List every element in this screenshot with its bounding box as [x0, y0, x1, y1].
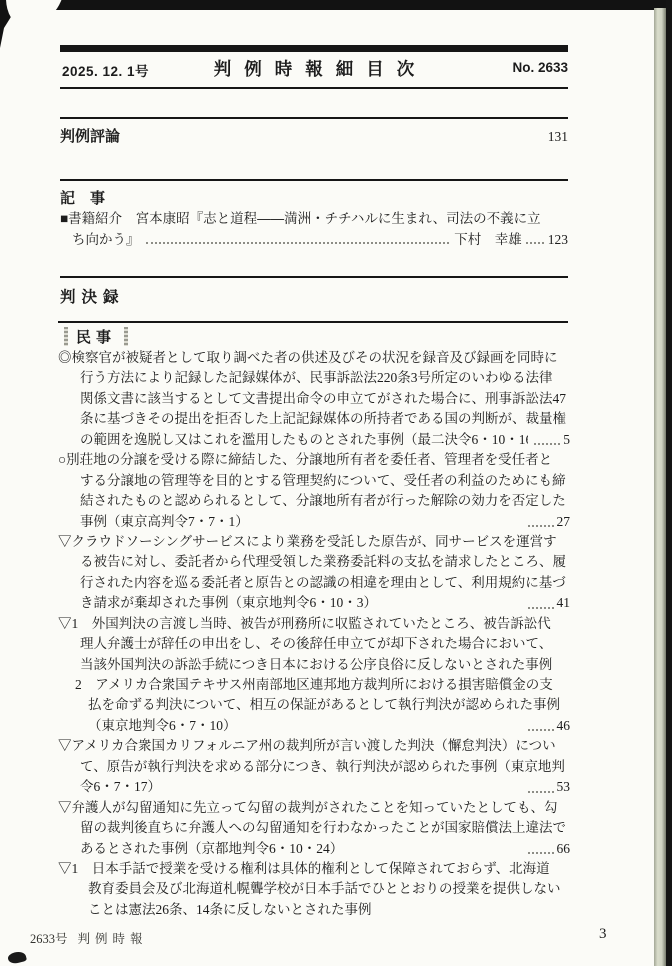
dotted-leader [528, 852, 554, 854]
toc-line-text: ▽1 日本手話で授業を受ける権利は具体的権利として保障されておらず、北海道 [58, 859, 550, 879]
toc-page-number: 46 [557, 716, 571, 736]
review-section-label: 判例評論 [60, 125, 120, 146]
dotted-leader [528, 525, 554, 527]
toc-line: 結されたものと認められるとして、分譲地所有者が行った解除の効力を否定した [58, 491, 570, 511]
toc-line-text: の範囲を逸脱し又はこれを濫用したものとされた事例（最二決令6・10・16） [80, 430, 546, 450]
header-top-rule [60, 45, 568, 52]
toc-line-text: 事例（東京高判令7・7・1） [80, 512, 249, 532]
toc-line: （東京地判令6・7・10）46 [58, 716, 570, 736]
toc-line-text: 留の裁判後直ちに弁護人への勾留通知を行わなかったことが国家賠償法上違法で [80, 818, 566, 838]
toc-line-text: ○別荘地の分譲を受ける際に締結した、分譲地所有者を委任者、管理者を受任者と [58, 450, 552, 470]
header-bottom-rule [60, 87, 568, 89]
toc-line: 関係文書に該当するとして文書提出命令の申立てがされた場合に、刑事訴訟法47 [58, 389, 570, 409]
toc-line-text: 結されたものと認められるとして、分譲地所有者が行った解除の効力を否定した [80, 491, 566, 511]
articles-section-label: 記 事 [60, 187, 105, 208]
page-number-wrap: 27 [522, 512, 571, 532]
toc-page-number: 66 [557, 839, 571, 859]
toc-line: 理人弁護士が辞任の申出をし、その後辞任申立てが却下された場合において、 [58, 634, 570, 654]
toc-line-text: ▽弁護人が勾留通知に先立って勾留の裁判がされたことを知っていたとしても、勾 [58, 798, 558, 818]
toc-line: き請求が棄却された事例（東京地判令6・10・3）41 [58, 593, 570, 613]
toc-line: の範囲を逸脱し又はこれを濫用したものとされた事例（最二決令6・10・16）5 [58, 430, 570, 450]
label-side-bar [124, 327, 128, 346]
issue-number: No. 2633 [512, 60, 568, 75]
toc-line-text: ◎検察官が被疑者として取り調べた者の供述及びその状況を録音及び録画を同時に [58, 348, 558, 368]
footer-journal-title: 判例時報 [78, 932, 148, 946]
toc-line: ▽1 日本手話で授業を受ける権利は具体的権利として保障されておらず、北海道 [58, 859, 570, 879]
toc-line-text: 当該外国判決の訴訟手続につき日本における公序良俗に反しないとされた事例 [80, 655, 552, 675]
article-page-number: 123 [548, 232, 568, 248]
dotted-leader [534, 443, 560, 445]
page-number-wrap: 53 [522, 777, 571, 797]
book-intro-line1: ■書籍紹介 宮本康昭『志と道程——満洲・チチハルに生まれ、司法の不義に立 [60, 207, 568, 227]
footer-issue: 2633号 [30, 932, 68, 946]
toc-page-number: 53 [557, 777, 571, 797]
book-author: 下村 幸雄 [454, 228, 522, 248]
toc-line-text: 行う方法により記録した記録媒体が、民事訴訟法220条3号所定のいわゆる法律 [80, 368, 553, 388]
toc-line: ○別荘地の分譲を受ける際に締結した、分譲地所有者を委任者、管理者を受任者と [58, 450, 570, 470]
scanned-toc-page: 2025. 12. 1号 判例時報細目次 No. 2633 判例評論 131 記… [0, 0, 672, 966]
toc-line-text: 関係文書に該当するとして文書提出命令の申立てがされた場合に、刑事訴訟法47 [80, 389, 566, 409]
toc-line-text: ▽クラウドソーシングサービスにより業務を受託した原告が、同サービスを運営す [58, 532, 557, 552]
records-section-label: 判決録 [60, 285, 125, 307]
running-footer: 2633号判例時報 [30, 929, 148, 947]
toc-page-number: 41 [557, 593, 571, 613]
toc-item-list: ◎検察官が被疑者として取り調べた者の供述及びその状況を録音及び録画を同時に行う方… [58, 348, 570, 920]
toc-line-text: る被告に対し、委託者から代理受領した業務委託料の支払を請求したところ、履 [80, 552, 566, 572]
toc-page-number: 5 [563, 430, 570, 450]
toc-line: する分譲地の管理等を目的とする管理契約について、受任者の利益のためにも締 [58, 471, 570, 491]
scan-artifact-top-bar [0, 0, 672, 10]
toc-line: 事例（東京高判令7・7・1）27 [58, 512, 570, 532]
page-number-wrap: 5 [528, 430, 570, 450]
toc-line-text: 払を命ずる判決について、相互の保証があるとして執行判決が認められた事例 [88, 695, 560, 715]
toc-line-text: あるとされた事例（京都地判令6・10・24） [80, 839, 343, 859]
toc-line: あるとされた事例（京都地判令6・10・24）66 [58, 839, 570, 859]
toc-line-text: き請求が棄却された事例（東京地判令6・10・3） [80, 593, 377, 613]
civil-subsection-rule [58, 321, 568, 323]
divider-rule [60, 276, 568, 278]
toc-line-text: する分譲地の管理等を目的とする管理契約について、受任者の利益のためにも締 [80, 471, 565, 491]
toc-line: 条に基づきその提出を拒否した上記記録媒体の所持者である国の判断が、裁量権 [58, 409, 570, 429]
toc-line-text: 令6・7・17） [80, 777, 161, 797]
page-title: 判例時報細目次 [60, 56, 568, 81]
toc-line: 2 アメリカ合衆国テキサス州南部地区連邦地方裁判所における損害賠償金の支 [58, 675, 570, 695]
toc-line: ◎検察官が被疑者として取り調べた者の供述及びその状況を録音及び録画を同時に [58, 348, 570, 368]
toc-line-text: 行された内容を巡る委託者と原告との認識の相違を理由として、利用規約に基づ [80, 573, 566, 593]
toc-line: ▽クラウドソーシングサービスにより業務を受託した原告が、同サービスを運営す [58, 532, 570, 552]
page-number-wrap: 41 [522, 593, 571, 613]
dotted-leader [146, 242, 450, 244]
header: 2025. 12. 1号 判例時報細目次 No. 2633 [60, 56, 568, 82]
toc-line-text: 理人弁護士が辞任の申出をし、その後辞任申立てが却下された場合において、 [80, 634, 552, 654]
toc-line-text: （東京地判令6・7・10） [88, 716, 237, 736]
review-page-number: 131 [548, 129, 568, 145]
toc-line: 行された内容を巡る委託者と原告との認識の相違を理由として、利用規約に基づ [58, 573, 570, 593]
divider-rule [60, 179, 568, 181]
page-number-wrap: 46 [522, 716, 571, 736]
toc-page-number: 27 [557, 512, 571, 532]
page-edge-strip [654, 8, 666, 966]
book-intro-line2-row: ち向かう』 下村 幸雄 123 [60, 228, 568, 248]
scan-artifact-notch [6, 0, 64, 26]
review-section-row: 判例評論 131 [60, 125, 568, 146]
toc-line: ▽1 外国判決の言渡し当時、被告が刑務所に収監されていたところ、被告訴訟代 [58, 614, 570, 634]
folio-page-number: 3 [599, 926, 607, 943]
toc-line: ▽アメリカ合衆国カリフォルニア州の裁判所が言い渡した判決（懈怠判決）につい [58, 736, 570, 756]
toc-line: 留の裁判後直ちに弁護人への勾留通知を行わなかったことが国家賠償法上違法で [58, 818, 570, 838]
toc-line-text: ▽アメリカ合衆国カリフォルニア州の裁判所が言い渡した判決（懈怠判決）につい [58, 736, 556, 756]
toc-line-text: 条に基づきその提出を拒否した上記記録媒体の所持者である国の判断が、裁量権 [80, 409, 566, 429]
divider-rule [60, 117, 568, 119]
toc-line: 教育委員会及び北海道札幌聾学校が日本手話でひととおりの授業を提供しない [58, 879, 570, 899]
toc-line: 払を命ずる判決について、相互の保証があるとして執行判決が認められた事例 [58, 695, 570, 715]
toc-line: る被告に対し、委託者から代理受領した業務委託料の支払を請求したところ、履 [58, 552, 570, 572]
scan-artifact-corner-bottom-left [7, 950, 27, 965]
toc-line-text: て、原告が執行判決を求める部分につき、執行判決が認められた事例（東京地判 [80, 757, 565, 777]
toc-line: 令6・7・17）53 [58, 777, 570, 797]
toc-line: ▽弁護人が勾留通知に先立って勾留の裁判がされたことを知っていたとしても、勾 [58, 798, 570, 818]
toc-line-text: 教育委員会及び北海道札幌聾学校が日本手話でひととおりの授業を提供しない [88, 879, 561, 899]
dotted-leader [528, 729, 554, 731]
toc-line-text: ことは憲法26条、14条に反しないとされた事例 [88, 900, 372, 920]
toc-line-text: ▽1 外国判決の言渡し当時、被告が刑務所に収監されていたところ、被告訴訟代 [58, 614, 551, 634]
toc-line: て、原告が執行判決を求める部分につき、執行判決が認められた事例（東京地判 [58, 757, 570, 777]
civil-subsection-header: 民事 [64, 326, 128, 346]
toc-line: ことは憲法26条、14条に反しないとされた事例 [58, 900, 570, 920]
toc-line: 行う方法により記録した記録媒体が、民事訴訟法220条3号所定のいわゆる法律 [58, 368, 570, 388]
toc-line-text: 2 アメリカ合衆国テキサス州南部地区連邦地方裁判所における損害賠償金の支 [75, 675, 553, 695]
dotted-leader [526, 242, 544, 244]
toc-line: 当該外国判決の訴訟手続につき日本における公序良俗に反しないとされた事例 [58, 655, 570, 675]
scan-artifact-right-edge [666, 0, 672, 966]
civil-subsection-label: 民事 [68, 326, 124, 347]
dotted-leader [528, 607, 554, 609]
page-number-wrap: 66 [522, 839, 571, 859]
book-intro-line2: ち向かう』 [60, 228, 140, 248]
dotted-leader [528, 791, 554, 793]
